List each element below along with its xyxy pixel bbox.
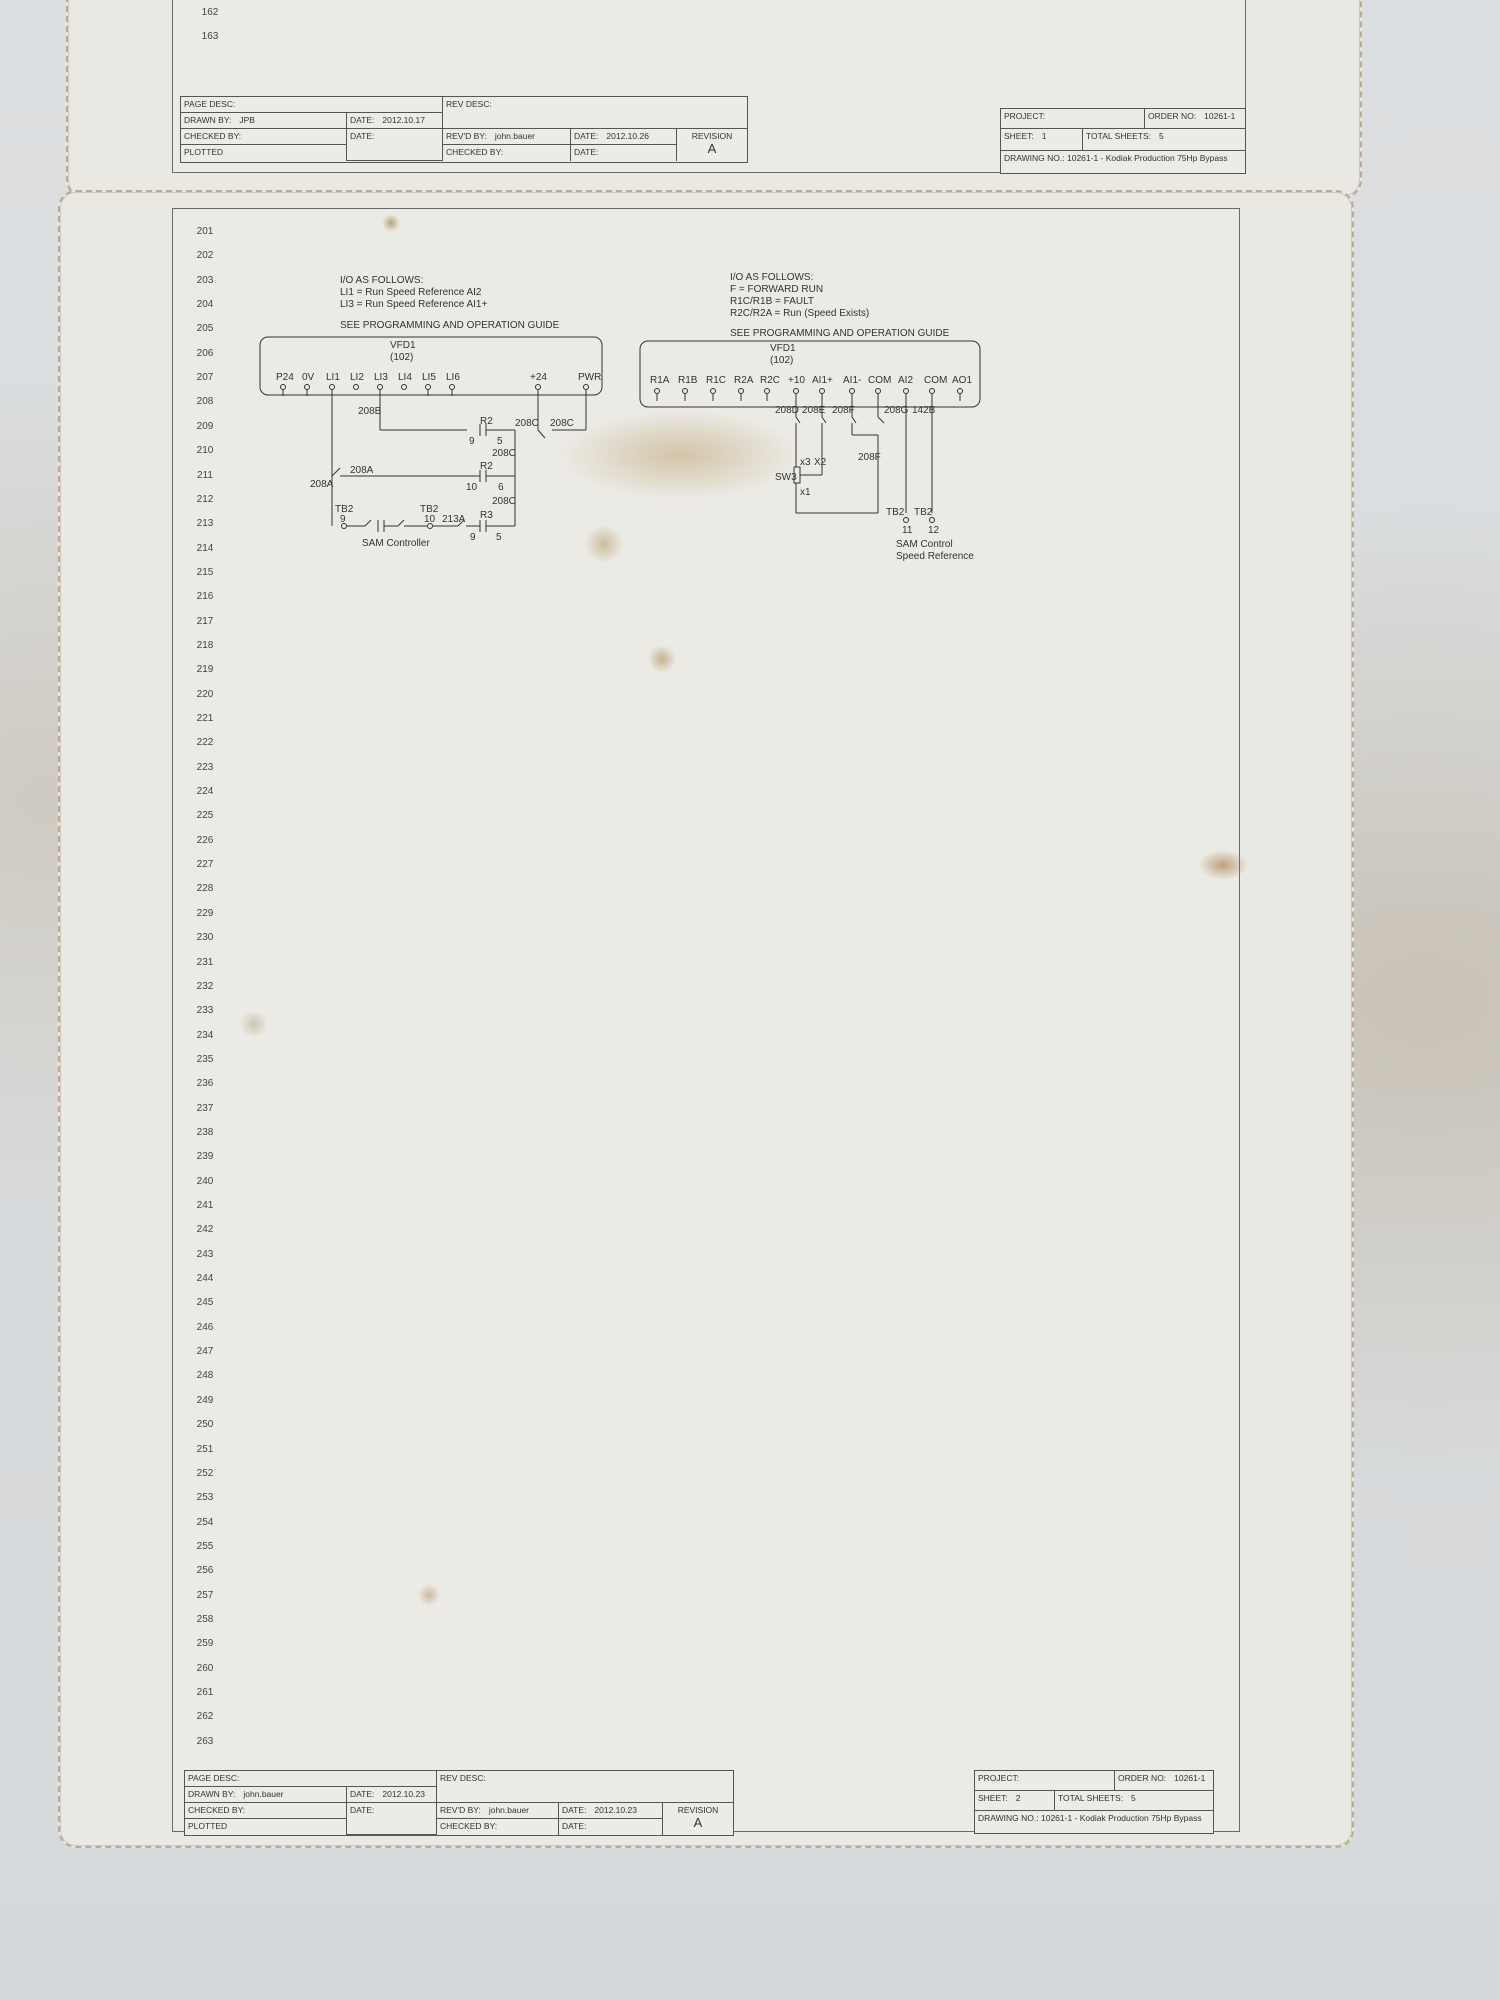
total-sheets-label: TOTAL SHEETS: <box>1058 1793 1123 1803</box>
checked-date-label: DATE: <box>350 1805 374 1815</box>
rung-number: 262 <box>190 1711 220 1722</box>
sheet-1-title-block-left: PAGE DESC: REV DESC: DRAWN BY:JPB DATE:2… <box>180 96 748 163</box>
rev-date-label: DATE: <box>562 1805 586 1815</box>
rev-checked-date-label: DATE: <box>574 147 598 157</box>
rung-number: 207 <box>190 372 220 383</box>
svg-text:COM: COM <box>868 375 891 386</box>
left-io-line: LI3 = Run Speed Reference AI1+ <box>340 299 487 310</box>
rev-checked-date-cell: DATE: <box>559 1819 663 1835</box>
rev-date-label: DATE: <box>574 131 598 141</box>
rung-number: 218 <box>190 640 220 651</box>
drawn-date-label: DATE: <box>350 115 374 125</box>
rung-number: 259 <box>190 1638 220 1649</box>
project-cell: PROJECT: <box>975 1771 1115 1791</box>
rung-number: 208 <box>190 396 220 407</box>
svg-text:208C: 208C <box>515 418 539 429</box>
svg-text:AO1: AO1 <box>952 375 972 386</box>
rung-number: 250 <box>190 1419 220 1430</box>
svg-text:208G: 208G <box>884 405 909 416</box>
svg-text:x1: x1 <box>800 487 811 498</box>
svg-text:SAM Controller: SAM Controller <box>362 538 430 549</box>
plotted-label: PLOTTED <box>184 147 223 157</box>
order-no-cell: ORDER NO:10261-1 <box>1145 109 1245 129</box>
vfd1-right-name: VFD1 <box>770 343 796 354</box>
page-desc-label: PAGE DESC: <box>188 1773 239 1783</box>
svg-text:+10: +10 <box>788 375 805 386</box>
drawn-by-label: DRAWN BY: <box>188 1789 235 1799</box>
svg-text:SAM Control: SAM Control <box>896 539 953 550</box>
svg-text:+24: +24 <box>530 372 547 383</box>
drawing-no-label: DRAWING NO.: <box>978 1813 1039 1823</box>
rung-number: 258 <box>190 1614 220 1625</box>
sheet-label: SHEET: <box>1004 131 1034 141</box>
drawn-by-cell: DRAWN BY:john.bauer <box>185 1787 347 1803</box>
drawn-date-label: DATE: <box>350 1789 374 1799</box>
svg-text:AI1-: AI1- <box>843 375 861 386</box>
right-terminal-row: R1A R1B R1C R2A R2C +10 AI1+ AI1- COM AI… <box>650 375 972 401</box>
rev-checked-date-label: DATE: <box>562 1821 586 1831</box>
project-label: PROJECT: <box>978 1773 1019 1783</box>
drawing-no-cell: DRAWING NO.: 10261-1 - Kodiak Production… <box>975 1811 1213 1833</box>
rung-number: 260 <box>190 1663 220 1674</box>
rung-number: 238 <box>190 1127 220 1138</box>
revision-label: REVISION <box>666 1805 730 1815</box>
rung-number: 204 <box>190 299 220 310</box>
svg-text:208B: 208B <box>358 406 382 417</box>
svg-text:208A: 208A <box>350 465 374 476</box>
vfd1-left-num: (102) <box>390 352 413 363</box>
plotted-cell: PLOTTED <box>185 1819 347 1835</box>
svg-text:208F: 208F <box>858 452 881 463</box>
checked-by-label: CHECKED BY: <box>184 131 241 141</box>
svg-text:10: 10 <box>466 482 478 493</box>
rung-number: 230 <box>190 932 220 943</box>
svg-text:Speed Reference: Speed Reference <box>896 551 974 562</box>
checked-date-cell: DATE: <box>347 129 443 161</box>
rung-number: 215 <box>190 567 220 578</box>
svg-text:208A: 208A <box>310 479 334 490</box>
rung-number: 233 <box>190 1005 220 1016</box>
rung-number: 216 <box>190 591 220 602</box>
sheet-value: 1 <box>1042 131 1047 141</box>
order-no-label: ORDER NO: <box>1148 111 1196 121</box>
drawn-by-value: JPB <box>239 115 255 125</box>
rung-number: 234 <box>190 1030 220 1041</box>
total-sheets-value: 5 <box>1131 1793 1136 1803</box>
vfd1-right-box <box>640 341 980 407</box>
rev-date-cell: DATE:2012.10.23 <box>559 1803 663 1819</box>
checked-by-label: CHECKED BY: <box>188 1805 245 1815</box>
right-io-line: R1C/R1B = FAULT <box>730 296 814 307</box>
sheet-2-title-block-right: PROJECT: ORDER NO:10261-1 SHEET:2 TOTAL … <box>974 1770 1214 1834</box>
revision-label: REVISION <box>680 131 744 141</box>
right-vfd-schematic: VFD1 (102) R1A R1B R1C R2A R2C +10 AI1+ … <box>630 335 990 565</box>
revd-by-label: REV'D BY: <box>446 131 487 141</box>
rung-number: 247 <box>190 1346 220 1357</box>
page-desc-label: PAGE DESC: <box>184 99 235 109</box>
svg-text:R1A: R1A <box>650 375 670 386</box>
svg-text:R2: R2 <box>480 416 493 427</box>
rev-checked-by-cell: CHECKED BY: <box>437 1819 559 1835</box>
checked-by-cell: CHECKED BY: <box>181 129 347 145</box>
project-cell: PROJECT: <box>1001 109 1145 129</box>
svg-text:208C: 208C <box>492 496 516 507</box>
rung-number: 245 <box>190 1297 220 1308</box>
rung-number: 235 <box>190 1054 220 1065</box>
drawing-no-value: 10261-1 - Kodiak Production 75Hp Bypass <box>1041 1813 1202 1823</box>
svg-text:R1C: R1C <box>706 375 726 386</box>
svg-text:COM: COM <box>924 375 947 386</box>
svg-text:P24: P24 <box>276 372 294 383</box>
rung-number: 240 <box>190 1176 220 1187</box>
revision-value: A <box>680 141 744 156</box>
vfd1-left-box <box>260 337 602 395</box>
rung-number: 248 <box>190 1370 220 1381</box>
right-io-line: F = FORWARD RUN <box>730 284 823 295</box>
rung-number: 163 <box>195 31 225 42</box>
rung-number: 213 <box>190 518 220 529</box>
drawing-no-value: 10261-1 - Kodiak Production 75Hp Bypass <box>1067 153 1228 163</box>
svg-text:AI2: AI2 <box>898 375 913 386</box>
rung-number: 220 <box>190 689 220 700</box>
order-no-value: 10261-1 <box>1174 1773 1205 1783</box>
svg-text:R2A: R2A <box>734 375 754 386</box>
rung-number: 261 <box>190 1687 220 1698</box>
svg-text:213A: 213A <box>442 514 466 525</box>
svg-text:R3: R3 <box>480 510 493 521</box>
sheet-value: 2 <box>1016 1793 1021 1803</box>
svg-text:X2: X2 <box>814 457 827 468</box>
rev-date-value: 2012.10.23 <box>594 1805 637 1815</box>
svg-text:LI3: LI3 <box>374 372 388 383</box>
rung-number: 246 <box>190 1322 220 1333</box>
svg-text:208D: 208D <box>775 405 799 416</box>
rung-number: 201 <box>190 226 220 237</box>
drawn-date-cell: DATE:2012.10.23 <box>347 1787 437 1803</box>
checked-by-cell: CHECKED BY: <box>185 1803 347 1819</box>
plotted-cell: PLOTTED <box>181 145 347 161</box>
sheet-2-title-block-left: PAGE DESC: REV DESC: DRAWN BY:john.bauer… <box>184 1770 734 1836</box>
order-no-cell: ORDER NO:10261-1 <box>1115 1771 1213 1791</box>
rung-number: 211 <box>190 470 220 481</box>
rev-desc-cell: REV DESC: <box>443 97 747 129</box>
rung-number: 214 <box>190 543 220 554</box>
total-sheets-cell: TOTAL SHEETS:5 <box>1055 1791 1213 1811</box>
order-no-value: 10261-1 <box>1204 111 1235 121</box>
revd-by-value: john.bauer <box>489 1805 529 1815</box>
right-io-header: I/O AS FOLLOWS: <box>730 272 813 283</box>
rung-number: 205 <box>190 323 220 334</box>
svg-text:9: 9 <box>470 532 476 543</box>
checked-date-cell: DATE: <box>347 1803 437 1835</box>
svg-text:R2: R2 <box>480 461 493 472</box>
rev-desc-label: REV DESC: <box>446 99 492 109</box>
revision-cell: REVISION A <box>677 129 747 161</box>
rev-checked-by-label: CHECKED BY: <box>440 1821 497 1831</box>
rev-checked-by-label: CHECKED BY: <box>446 147 503 157</box>
checked-date-label: DATE: <box>350 131 374 141</box>
rung-number: 210 <box>190 445 220 456</box>
rung-number: 237 <box>190 1103 220 1114</box>
rung-number: 203 <box>190 275 220 286</box>
revd-by-value: john.bauer <box>495 131 535 141</box>
plotted-label: PLOTTED <box>188 1821 227 1831</box>
drawing-no-label: DRAWING NO.: <box>1004 153 1065 163</box>
svg-text:LI2: LI2 <box>350 372 364 383</box>
drawn-by-cell: DRAWN BY:JPB <box>181 113 347 129</box>
rung-number: 226 <box>190 835 220 846</box>
revd-by-label: REV'D BY: <box>440 1805 481 1815</box>
drawn-date-value: 2012.10.17 <box>382 115 425 125</box>
rung-number: 225 <box>190 810 220 821</box>
rung-number: 231 <box>190 957 220 968</box>
rung-number: 242 <box>190 1224 220 1235</box>
rung-number: 221 <box>190 713 220 724</box>
rung-number: 263 <box>190 1736 220 1747</box>
svg-text:R2C: R2C <box>760 375 780 386</box>
svg-text:AI1+: AI1+ <box>812 375 833 386</box>
rung-number: 224 <box>190 786 220 797</box>
total-sheets-label: TOTAL SHEETS: <box>1086 131 1151 141</box>
revd-by-cell: REV'D BY:john.bauer <box>443 129 571 145</box>
svg-text:LI6: LI6 <box>446 372 460 383</box>
rung-number: 162 <box>195 7 225 18</box>
rung-number: 217 <box>190 616 220 627</box>
svg-text:0V: 0V <box>302 372 315 383</box>
total-sheets-value: 5 <box>1159 131 1164 141</box>
svg-text:11: 11 <box>902 525 913 536</box>
svg-text:5: 5 <box>497 436 503 447</box>
rung-number: 241 <box>190 1200 220 1211</box>
rung-number: 243 <box>190 1249 220 1260</box>
rung-number: 239 <box>190 1151 220 1162</box>
rung-number: 253 <box>190 1492 220 1503</box>
rung-number: 254 <box>190 1517 220 1528</box>
rev-checked-by-cell: CHECKED BY: <box>443 145 571 161</box>
svg-text:5: 5 <box>496 532 502 543</box>
vfd1-left-name: VFD1 <box>390 340 416 351</box>
svg-text:x3: x3 <box>800 457 811 468</box>
left-io-line: LI1 = Run Speed Reference AI2 <box>340 287 482 298</box>
rung-number: 206 <box>190 348 220 359</box>
sheet-1-title-block-right: PROJECT: ORDER NO:10261-1 SHEET:1 TOTAL … <box>1000 108 1246 174</box>
rev-date-cell: DATE:2012.10.26 <box>571 129 677 145</box>
rung-number: 255 <box>190 1541 220 1552</box>
vfd1-right-num: (102) <box>770 355 793 366</box>
svg-text:TB2: TB2 <box>886 507 905 518</box>
rung-number: 244 <box>190 1273 220 1284</box>
revision-cell: REVISION A <box>663 1803 733 1835</box>
rev-desc-cell: REV DESC: <box>437 1771 733 1803</box>
left-io-header: I/O AS FOLLOWS: <box>340 275 423 286</box>
rung-number: 202 <box>190 250 220 261</box>
rung-number: 223 <box>190 762 220 773</box>
rung-number: 257 <box>190 1590 220 1601</box>
left-terminal-row: P24 0V LI1 LI2 LI3 LI4 LI5 LI6 +24 PWR <box>276 372 601 396</box>
svg-text:6: 6 <box>498 482 504 493</box>
page-desc-cell: PAGE DESC: <box>181 97 443 113</box>
rung-number: 227 <box>190 859 220 870</box>
svg-text:9: 9 <box>469 436 475 447</box>
left-vfd-schematic: VFD1 (102) P24 0V LI1 LI2 LI3 LI4 LI5 LI… <box>240 330 620 550</box>
drawn-date-value: 2012.10.23 <box>382 1789 425 1799</box>
rung-number: 256 <box>190 1565 220 1576</box>
svg-text:208C: 208C <box>492 448 516 459</box>
rung-number: 236 <box>190 1078 220 1089</box>
drawn-by-label: DRAWN BY: <box>184 115 231 125</box>
rung-number: 249 <box>190 1395 220 1406</box>
svg-text:208C: 208C <box>550 418 574 429</box>
rung-number: 219 <box>190 664 220 675</box>
svg-text:TB2: TB2 <box>914 507 933 518</box>
svg-text:PWR: PWR <box>578 372 601 383</box>
total-sheets-cell: TOTAL SHEETS:5 <box>1083 129 1245 151</box>
rung-number: 228 <box>190 883 220 894</box>
rev-desc-label: REV DESC: <box>440 1773 486 1783</box>
svg-text:LI4: LI4 <box>398 372 412 383</box>
project-label: PROJECT: <box>1004 111 1045 121</box>
rung-number: 232 <box>190 981 220 992</box>
svg-text:R1B: R1B <box>678 375 698 386</box>
rev-date-value: 2012.10.26 <box>606 131 649 141</box>
rung-number: 229 <box>190 908 220 919</box>
sheet-label: SHEET: <box>978 1793 1008 1803</box>
svg-text:208F: 208F <box>832 405 855 416</box>
drawn-date-cell: DATE:2012.10.17 <box>347 113 443 129</box>
right-io-line: R2C/R2A = Run (Speed Exists) <box>730 308 869 319</box>
sheet-cell: SHEET:1 <box>1001 129 1083 151</box>
drawing-no-cell: DRAWING NO.: 10261-1 - Kodiak Production… <box>1001 151 1245 173</box>
svg-text:LI5: LI5 <box>422 372 436 383</box>
rung-number: 251 <box>190 1444 220 1455</box>
rung-number: 209 <box>190 421 220 432</box>
order-no-label: ORDER NO: <box>1118 1773 1166 1783</box>
drawn-by-value: john.bauer <box>243 1789 283 1799</box>
svg-text:12: 12 <box>928 525 940 536</box>
rung-number: 222 <box>190 737 220 748</box>
page-desc-cell: PAGE DESC: <box>185 1771 437 1787</box>
rung-number: 252 <box>190 1468 220 1479</box>
rev-checked-date-cell: DATE: <box>571 145 677 161</box>
revd-by-cell: REV'D BY:john.bauer <box>437 1803 559 1819</box>
sheet-cell: SHEET:2 <box>975 1791 1055 1811</box>
revision-value: A <box>666 1815 730 1830</box>
svg-text:LI1: LI1 <box>326 372 340 383</box>
rung-number: 212 <box>190 494 220 505</box>
